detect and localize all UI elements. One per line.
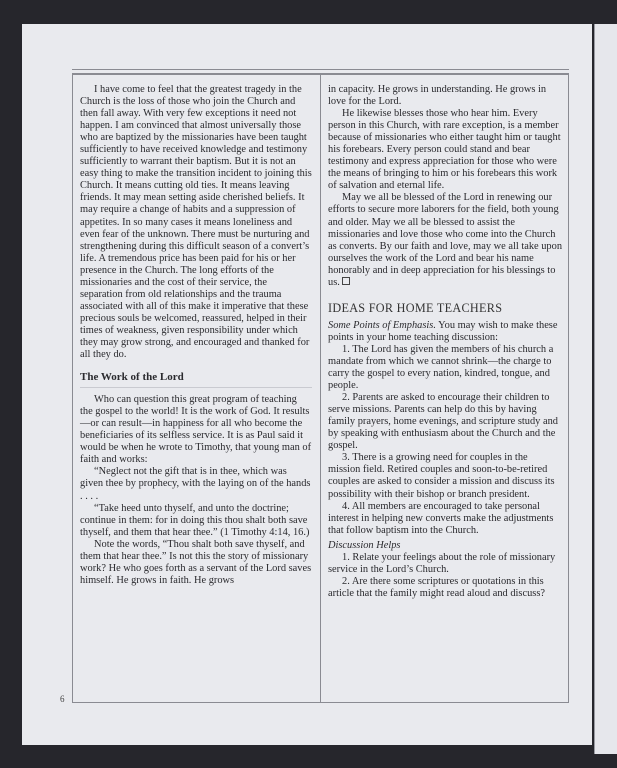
discussion-label-text: Discussion Helps	[328, 540, 400, 551]
emphasis-point: 3. There is a growing need for couples i…	[328, 452, 562, 500]
body-paragraph: I have come to feel that the greatest tr…	[80, 84, 312, 361]
closing-text: May we all be blessed of the Lord in ren…	[328, 192, 562, 287]
body-paragraph: in capacity. He grows in understanding. …	[328, 84, 562, 108]
scripture-quote: “Take heed unto thyself, and unto the do…	[80, 503, 312, 539]
column-divider	[320, 74, 321, 703]
page-number: 6	[60, 694, 65, 704]
emphasis-label: Some Points of Emphasis.	[328, 320, 436, 331]
left-column: I have come to feel that the greatest tr…	[80, 84, 312, 587]
right-column: in capacity. He grows in understanding. …	[328, 84, 562, 600]
scripture-quote: “Neglect not the gift that is in thee, w…	[80, 466, 312, 502]
section-title-home-teachers: IDEAS FOR HOME TEACHERS	[328, 302, 562, 314]
body-paragraph: May we all be blessed of the Lord in ren…	[328, 192, 562, 288]
body-paragraph: Note the words, “Thou shalt both save th…	[80, 539, 312, 587]
emphasis-point: 1. The Lord has given the members of his…	[328, 344, 562, 392]
body-paragraph: He likewise blesses those who hear him. …	[328, 108, 562, 192]
discussion-helps-label: Discussion Helps	[328, 540, 562, 552]
emphasis-point: 2. Parents are asked to encourage their …	[328, 392, 562, 452]
emphasis-intro: Some Points of Emphasis. You may wish to…	[328, 320, 562, 344]
end-of-article-box-icon	[342, 277, 350, 285]
discussion-item: 1. Relate your feelings about the role o…	[328, 552, 562, 576]
discussion-item: 2. Are there some scriptures or quotatio…	[328, 576, 562, 600]
facing-page-edge	[594, 24, 617, 754]
emphasis-point: 4. All members are encouraged to take pe…	[328, 501, 562, 537]
subheading-work-of-the-lord: The Work of the Lord	[80, 371, 312, 388]
body-paragraph: Who can question this great program of t…	[80, 394, 312, 466]
